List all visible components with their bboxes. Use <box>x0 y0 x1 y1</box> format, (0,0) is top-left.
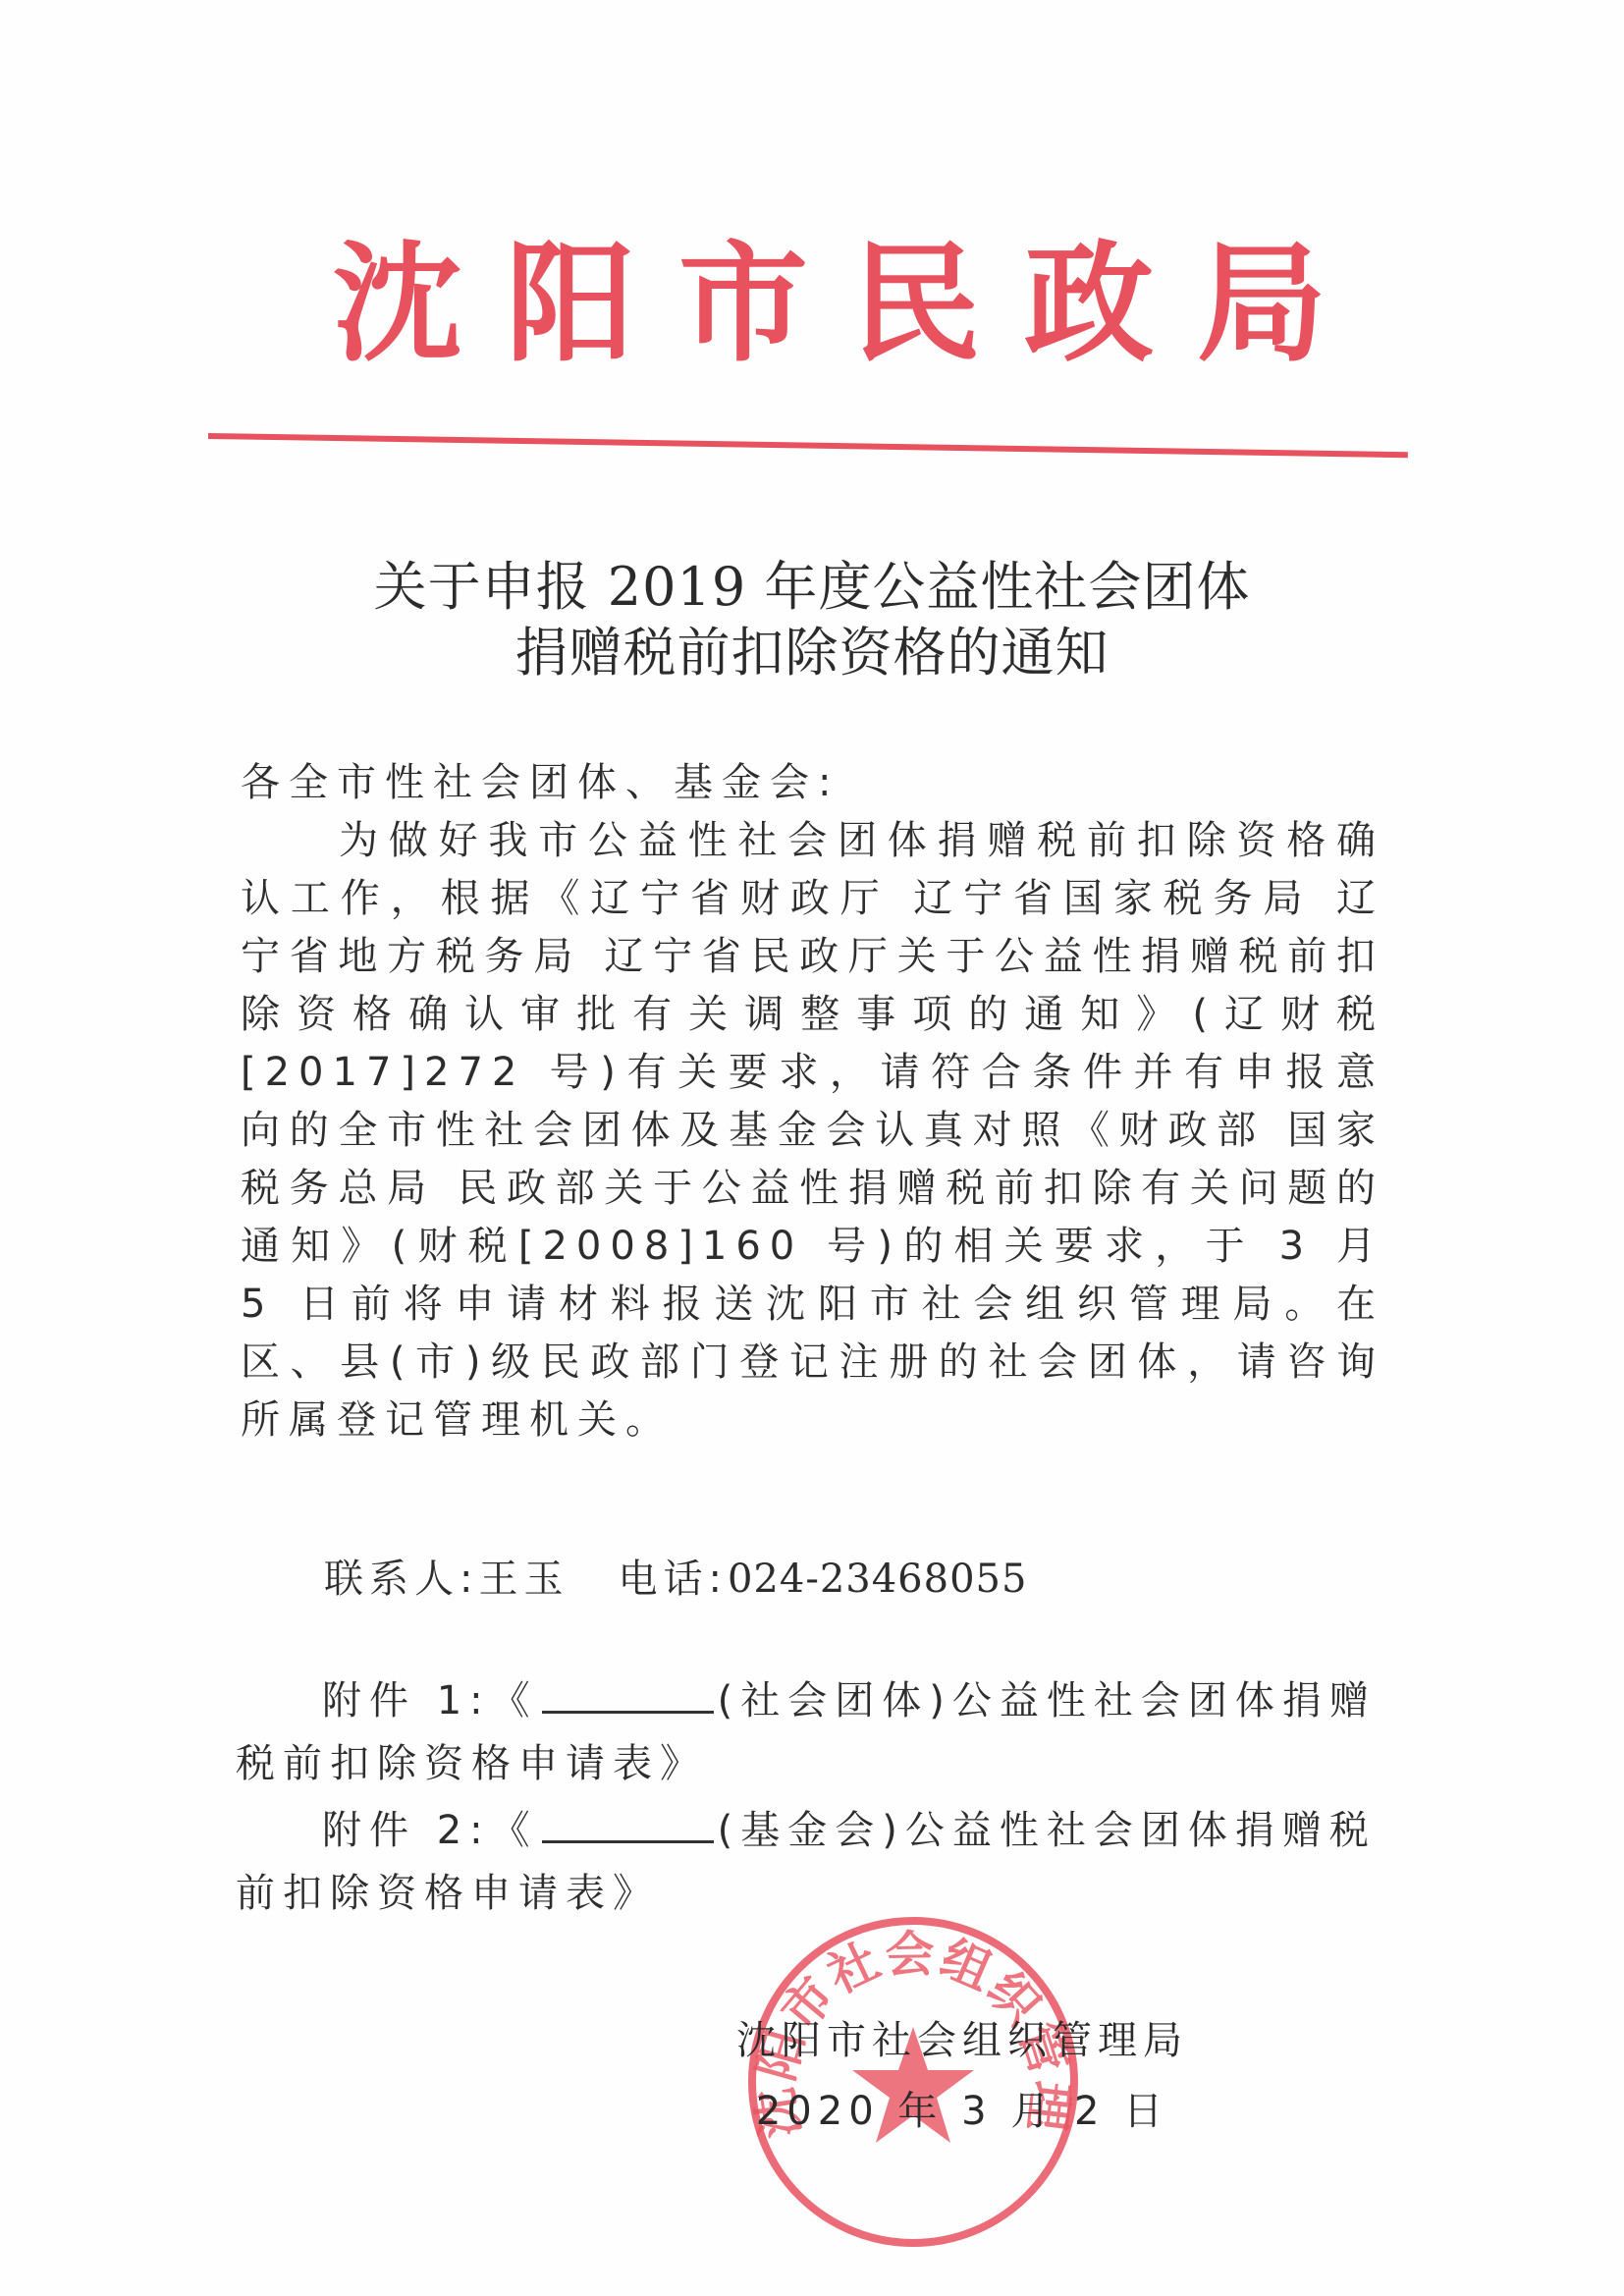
attachment-1: 附件 1:《(社会团体)公益性社会团体捐赠税前扣除资格申请表》 <box>236 1669 1384 1795</box>
document-page: 沈阳市民政局 关于申报 2019 年度公益性社会团体 捐赠税前扣除资格的通知 各… <box>0 0 1624 2296</box>
notice-title-line-1: 关于申报 2019 年度公益性社会团体 <box>0 555 1624 620</box>
letterhead-title: 沈阳市民政局 <box>0 221 1624 388</box>
letterhead-divider <box>208 433 1408 458</box>
signature-organization: 沈阳市社会组织管理局 <box>687 2009 1237 2065</box>
attachment-1-blank <box>542 1681 714 1714</box>
contact-phone-label: 电话: <box>618 1557 727 1602</box>
body-paragraph: 为做好我市公益性社会团体捐赠税前扣除资格确认工作，根据《辽宁省财政厅 辽宁省国家… <box>241 812 1384 1449</box>
attachment-2-blank <box>542 1811 714 1843</box>
contact-line: 联系人:王玉电话:024-23468055 <box>324 1550 1027 1609</box>
contact-person-label: 联系人: <box>324 1557 478 1602</box>
attachment-1-prefix: 附件 1:《 <box>322 1678 538 1723</box>
attachment-2: 附件 2:《(基金会)公益性社会团体捐赠税前扣除资格申请表》 <box>236 1799 1384 1925</box>
contact-phone-number: 024-23468055 <box>728 1557 1027 1602</box>
attachment-2-prefix: 附件 2:《 <box>322 1808 538 1853</box>
contact-person-name: 王玉 <box>478 1557 568 1602</box>
salutation: 各全市性社会团体、基金会: <box>241 754 1384 812</box>
signature-date: 2020 年 3 月 2 日 <box>687 2080 1237 2136</box>
notice-title-line-2: 捐赠税前扣除资格的通知 <box>0 621 1624 685</box>
